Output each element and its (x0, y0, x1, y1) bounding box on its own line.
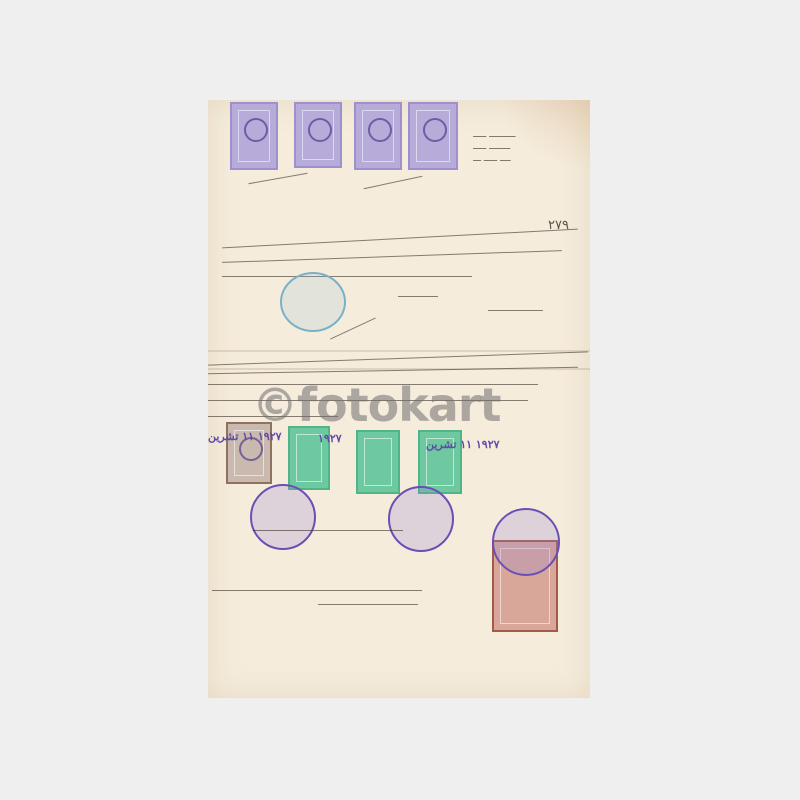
signature-stroke (253, 530, 403, 531)
handwritten-line (318, 604, 418, 605)
crescent-star-icon (308, 118, 332, 142)
date-annotation: ١٩٢٧ ١١ تشرين (426, 438, 500, 451)
purple-revenue-stamp (230, 102, 278, 170)
crescent-star-icon (368, 118, 392, 142)
signature-stroke (248, 173, 307, 184)
handwritten-line (222, 250, 562, 263)
handwritten-line (222, 229, 578, 249)
handwritten-line (398, 296, 438, 297)
handwritten-line (488, 310, 543, 311)
fold-line (208, 350, 590, 352)
handwritten-note: ــــ ـــــ ـــ (473, 154, 510, 164)
purple-revenue-stamp (408, 102, 458, 170)
watermark: ©fotokart (252, 378, 501, 432)
handwritten-note: ــــــــ ـــــ (473, 142, 510, 152)
signature-stroke (364, 176, 423, 189)
handwritten-note: ــــــــــ ـــــ (473, 130, 515, 140)
crescent-star-icon (423, 118, 447, 142)
crescent-star-icon (244, 118, 268, 142)
green-revenue-stamp (356, 430, 400, 494)
handwritten-line (208, 351, 588, 365)
purple-round-seal (388, 486, 454, 552)
purple-round-seal (492, 508, 560, 576)
blue-round-seal (280, 272, 346, 332)
handwritten-line (212, 590, 422, 591)
purple-revenue-stamp (354, 102, 402, 170)
purple-revenue-stamp (294, 102, 342, 168)
date-annotation: ١٩٢٧ (318, 432, 342, 445)
handwritten-line (222, 276, 472, 277)
purple-round-seal (250, 484, 316, 550)
